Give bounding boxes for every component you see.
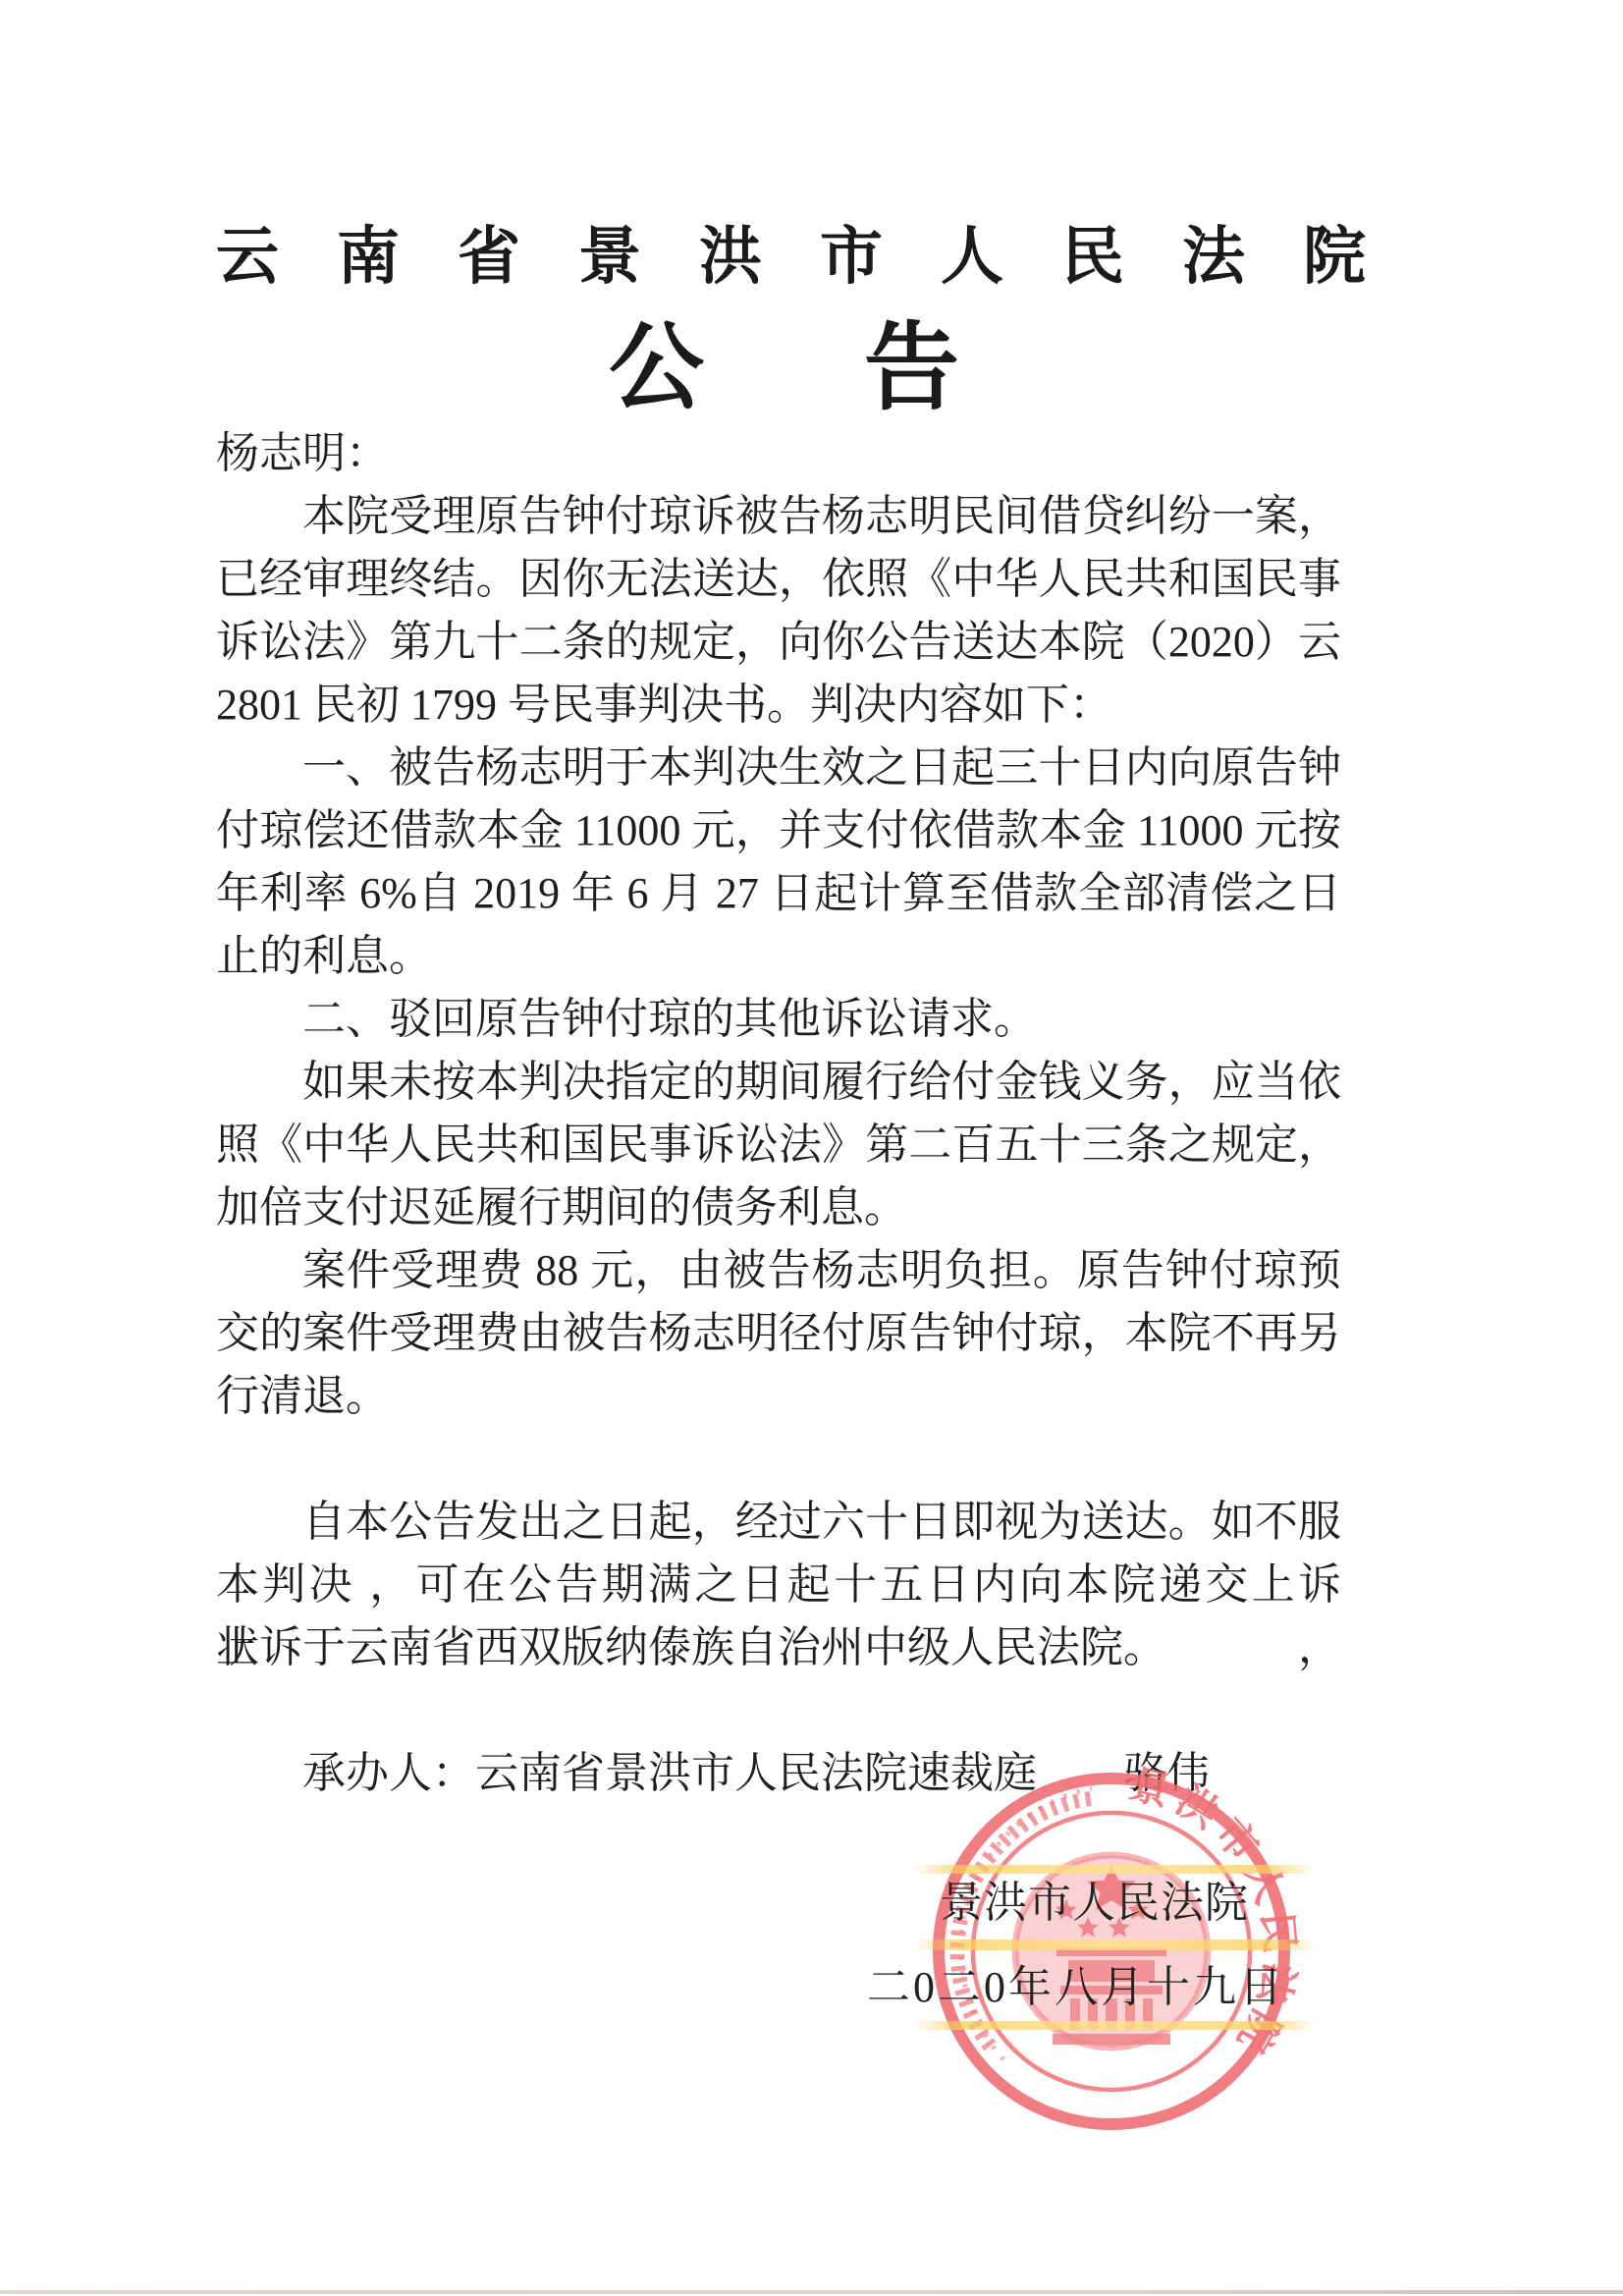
announcement-body: 杨志明：本院受理原告钟付琼诉被告杨志明民间借贷纠纷一案，已经审理终结。因你无法送… <box>216 422 1341 1805</box>
official-court-seal: 景洪市人民法院 <box>915 1755 1308 2148</box>
body-line: 杨志明： <box>216 422 1341 485</box>
court-announcement-document: 云南省景洪市人民法院 公告 杨志明：本院受理原告钟付琼诉被告杨志明民间借贷纠纷一… <box>0 0 1623 2296</box>
body-line: 2801 民初 1799 号民事判决书。判决内容如下： <box>216 674 1341 737</box>
body-line: 诉讼法》第九十二条的规定，向你公告送达本院（2020）云 <box>216 611 1341 674</box>
page-title-court-name: 云南省景洪市人民法院 <box>216 206 1424 297</box>
body-line: 止的利息。 <box>216 925 1341 988</box>
body-line <box>216 1428 1341 1491</box>
signature-date: 二0二0年八月十九日 <box>867 1962 1285 2013</box>
body-line: 如果未按本判决指定的期间履行给付金钱义务，应当依 <box>216 1051 1341 1114</box>
body-line: 付琼偿还借款本金 11000 元，并支付依借款本金 11000 元按 <box>216 799 1341 862</box>
body-line: 年利率 6%自 2019 年 6 月 27 日起计算至借款全部清偿之日 <box>216 862 1341 925</box>
signature-court-name: 景洪市人民法院 <box>940 1878 1249 1929</box>
body-line: 一、被告杨志明于本判决生效之日起三十日内向原告钟 <box>216 737 1341 799</box>
body-line: 本院受理原告钟付琼诉被告杨志明民间借贷纠纷一案， <box>216 485 1341 548</box>
body-line: 二、驳回原告钟付琼的其他诉讼请求。 <box>216 988 1341 1051</box>
body-line: 案件受理费 88 元，由被告杨志明负担。原告钟付琼预 <box>216 1239 1341 1302</box>
body-line: 交的案件受理费由被告杨志明径付原告钟付琼，本院不再另 <box>216 1302 1341 1365</box>
body-line: 照《中华人民共和国民事诉讼法》第二百五十三条之规定， <box>216 1114 1341 1176</box>
body-line: 加倍支付迟延履行期间的债务利息。 <box>216 1176 1341 1239</box>
scanner-edge-artifact <box>0 2290 1623 2294</box>
body-line: 行清退。 <box>216 1365 1341 1428</box>
body-line: 自本公告发出之日起，经过六十日即视为送达。如不服 <box>216 1491 1341 1554</box>
page-title-notice: 公告 <box>609 291 1119 428</box>
body-line <box>216 1679 1341 1742</box>
body-line: 已经审理终结。因你无法送达，依照《中华人民共和国民事 <box>216 548 1341 611</box>
body-line: 本判决 ，可在公告期满之日起十五日内向本院递交上诉状， <box>216 1554 1341 1616</box>
